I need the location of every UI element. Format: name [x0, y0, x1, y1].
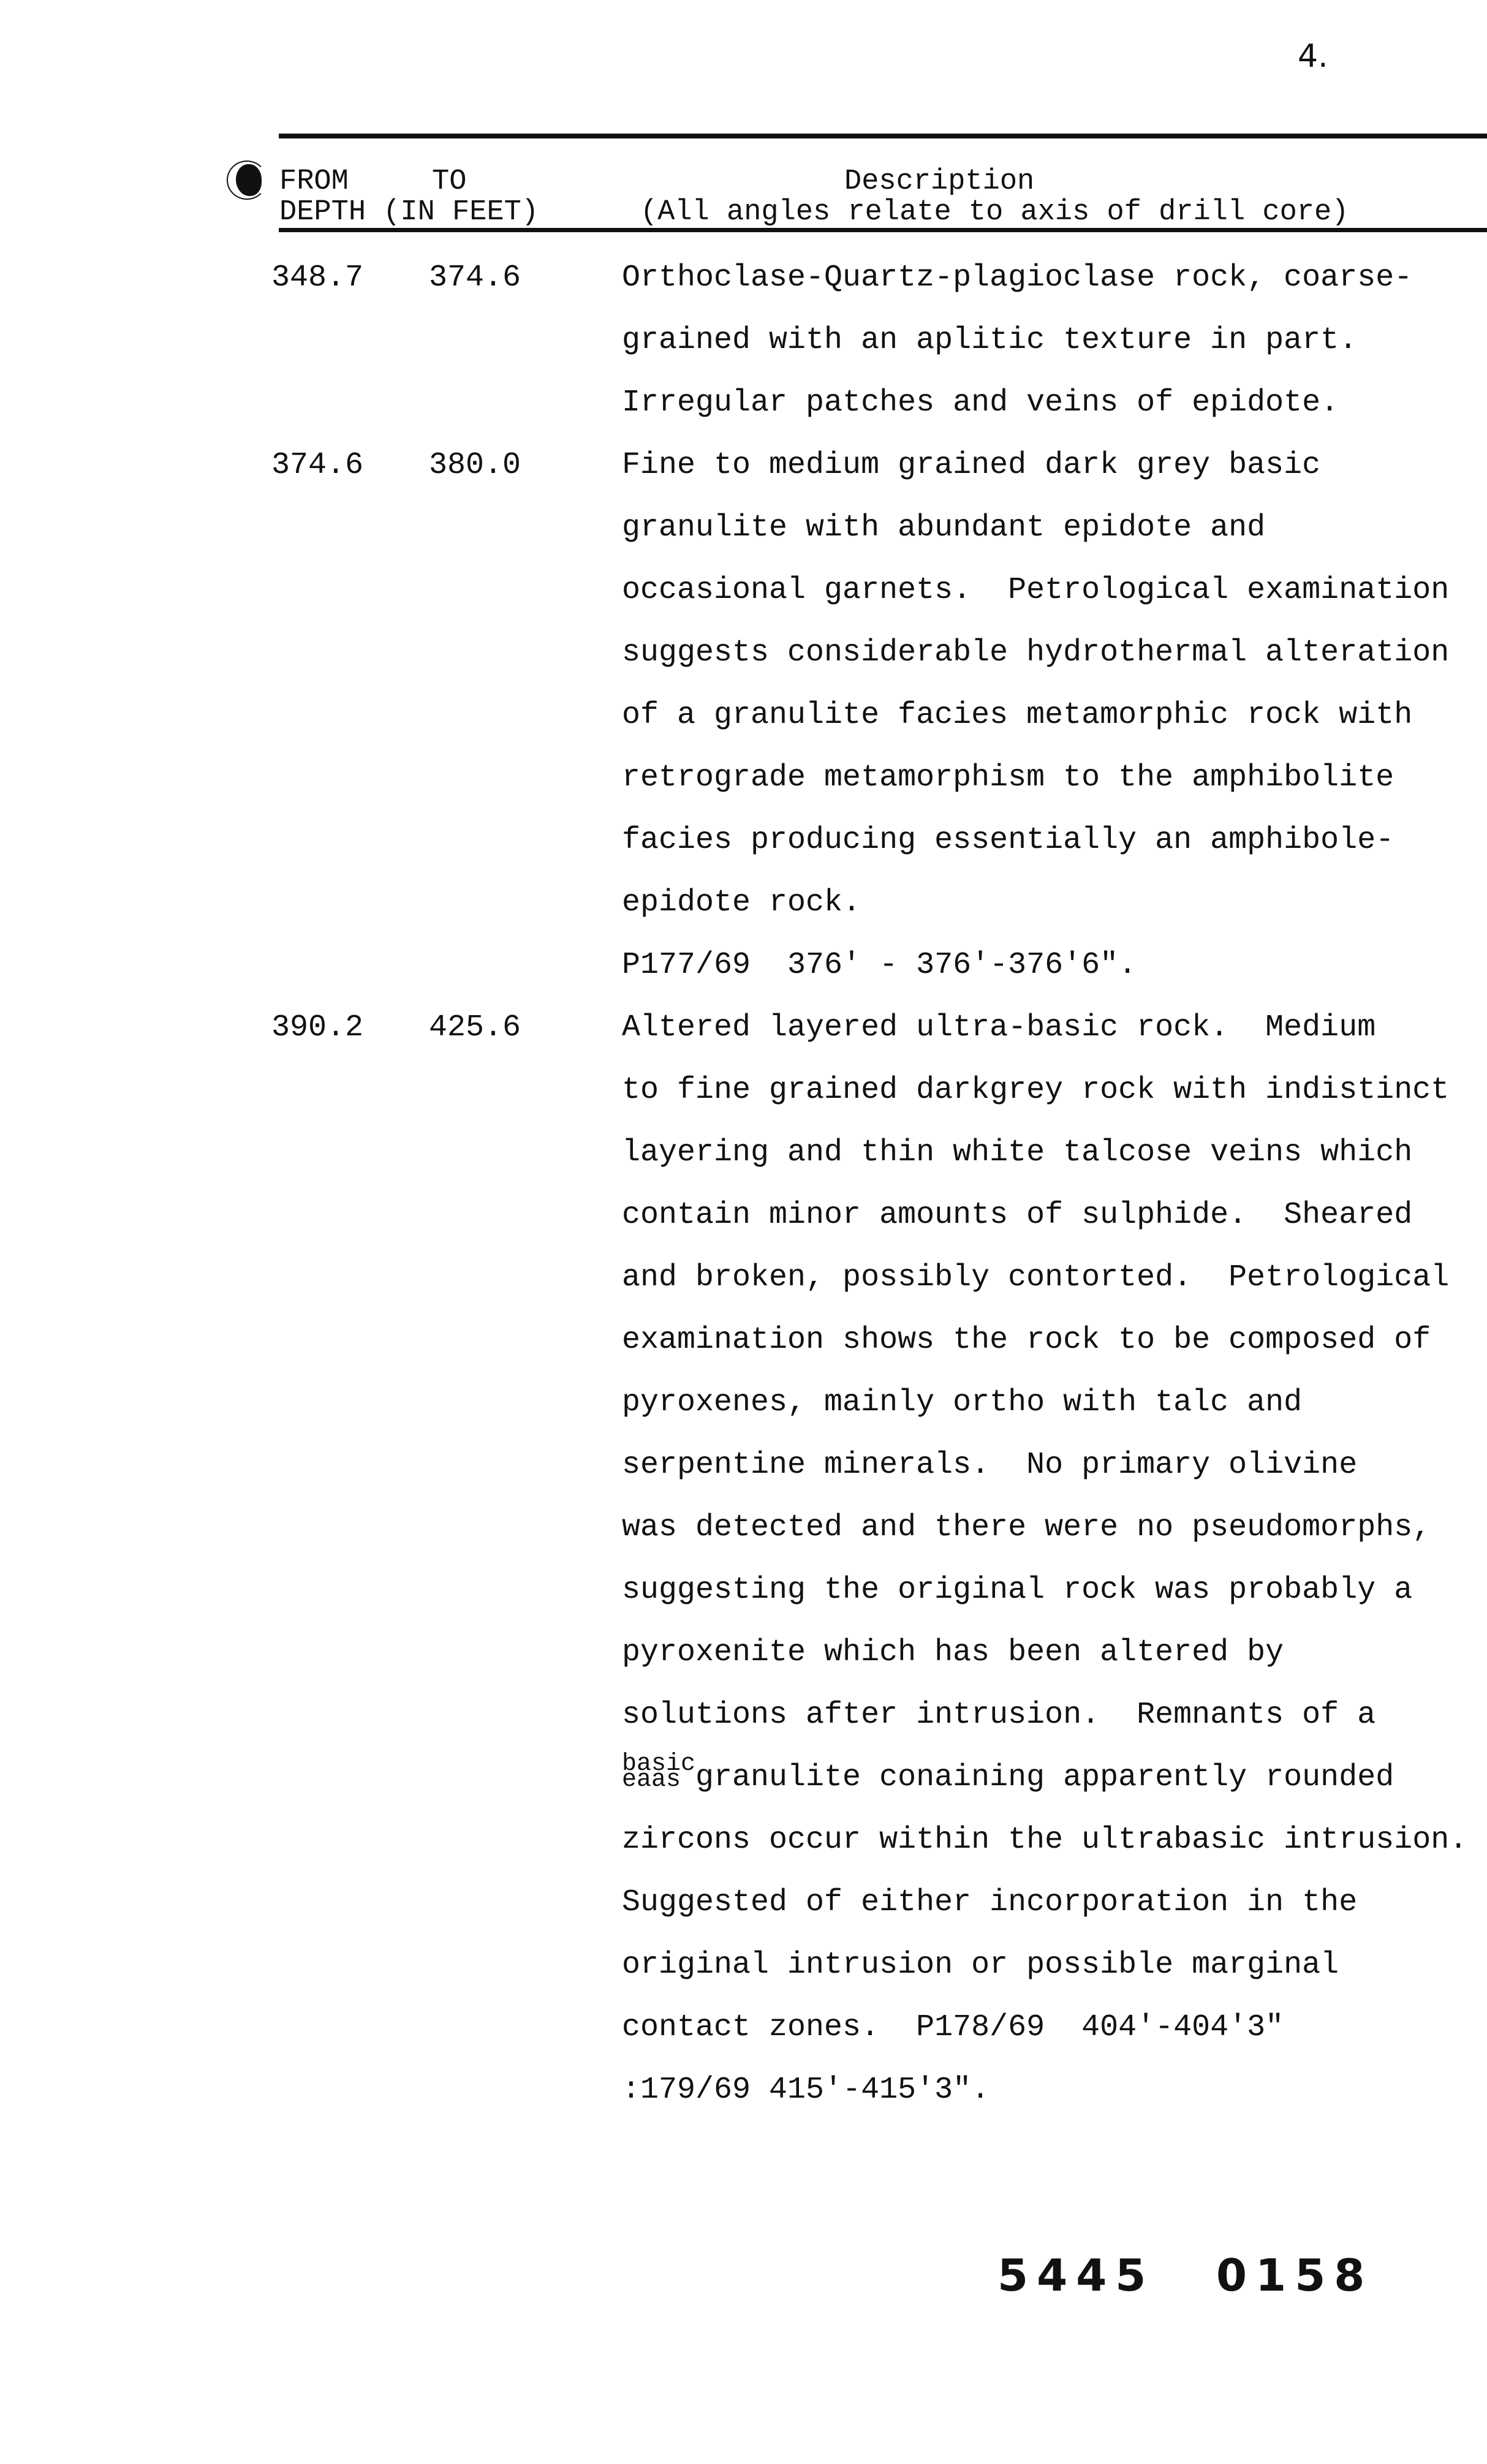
entry-description-line: suggests considerable hydrothermal alter…	[622, 637, 1449, 669]
entry-to-depth: 425.6	[429, 1012, 521, 1044]
entry-description-line: Orthoclase-Quartz-plagioclase rock, coar…	[622, 262, 1412, 294]
footer-code-left: 5445	[997, 2250, 1154, 2301]
entry-description-line: Fine to medium grained dark grey basic	[622, 450, 1320, 482]
entry-description-line: pyroxenes, mainly ortho with talc and	[622, 1387, 1302, 1419]
entry-description-line: Suggested of either incorporation in the	[622, 1887, 1357, 1919]
entry-description-line: Altered layered ultra-basic rock. Medium	[622, 1012, 1375, 1044]
page-number: 4.	[1298, 38, 1328, 75]
hole-punch-mark	[236, 164, 262, 196]
entry-description-line: serpentine minerals. No primary olivine	[622, 1449, 1357, 1481]
entry-description-line: occasional garnets. Petrological examina…	[622, 575, 1449, 607]
header-rule-top	[279, 134, 1487, 138]
header-rule-bottom	[279, 228, 1487, 232]
entry-description-line: solutions after intrusion. Remnants of a	[622, 1699, 1375, 1731]
entry-description-line: and broken, possibly contorted. Petrolog…	[622, 1262, 1449, 1294]
footer-code-right: 0158	[1216, 2250, 1373, 2301]
entry-from-depth: 374.6	[271, 450, 363, 482]
header-from-label: FROM	[279, 167, 349, 197]
entry-description-line: layering and thin white talcose veins wh…	[622, 1137, 1412, 1169]
entry-description-line: P177/69 376' - 376'-376'6".	[622, 950, 1137, 981]
entry-description-line: zircons occur within the ultrabasic intr…	[622, 1824, 1467, 1856]
entry-description-line: suggesting the original rock was probabl…	[622, 1574, 1412, 1606]
entry-description-line: of a granulite facies metamorphic rock w…	[622, 700, 1412, 731]
entry-description-line: Irregular patches and veins of epidote.	[622, 387, 1339, 419]
entry-description-line: examination shows the rock to be compose…	[622, 1325, 1431, 1356]
inserted-correction-text: basic	[622, 1752, 695, 1777]
entry-description-line: granulite conaining apparently rounded	[622, 1762, 1394, 1794]
entry-description-line: retrograde metamorphism to the amphiboli…	[622, 762, 1394, 794]
entry-to-depth: 374.6	[429, 262, 521, 294]
entry-description-line: facies producing essentially an amphibol…	[622, 825, 1394, 856]
entry-description-line: pyroxenite which has been altered by	[622, 1637, 1284, 1669]
entry-description-line: original intrusion or possible marginal	[622, 1949, 1339, 1981]
entry-description-line: was detected and there were no pseudomor…	[622, 1512, 1431, 1544]
entry-description-line: :179/69 415'-415'3".	[622, 2074, 989, 2106]
entry-to-depth: 380.0	[429, 450, 521, 482]
header-description-title: Description	[844, 167, 1034, 197]
entry-description-line: granulite with abundant epidote and	[622, 512, 1265, 544]
entry-description-line: epidote rock.	[622, 887, 861, 919]
header-description-note: (All angles relate to axis of drill core…	[640, 197, 1349, 228]
entry-from-depth: 348.7	[271, 262, 363, 294]
entry-description-line: grained with an aplitic texture in part.	[622, 325, 1357, 357]
entry-description-line: contain minor amounts of sulphide. Shear…	[622, 1200, 1412, 1231]
header-depth-label: DEPTH (IN FEET)	[279, 197, 539, 228]
header-to-label: TO	[432, 167, 466, 197]
entry-description-line: contact zones. P178/69 404'-404'3"	[622, 2012, 1284, 2044]
entry-description-line: to fine grained darkgrey rock with indis…	[622, 1075, 1449, 1106]
entry-from-depth: 390.2	[271, 1012, 363, 1044]
